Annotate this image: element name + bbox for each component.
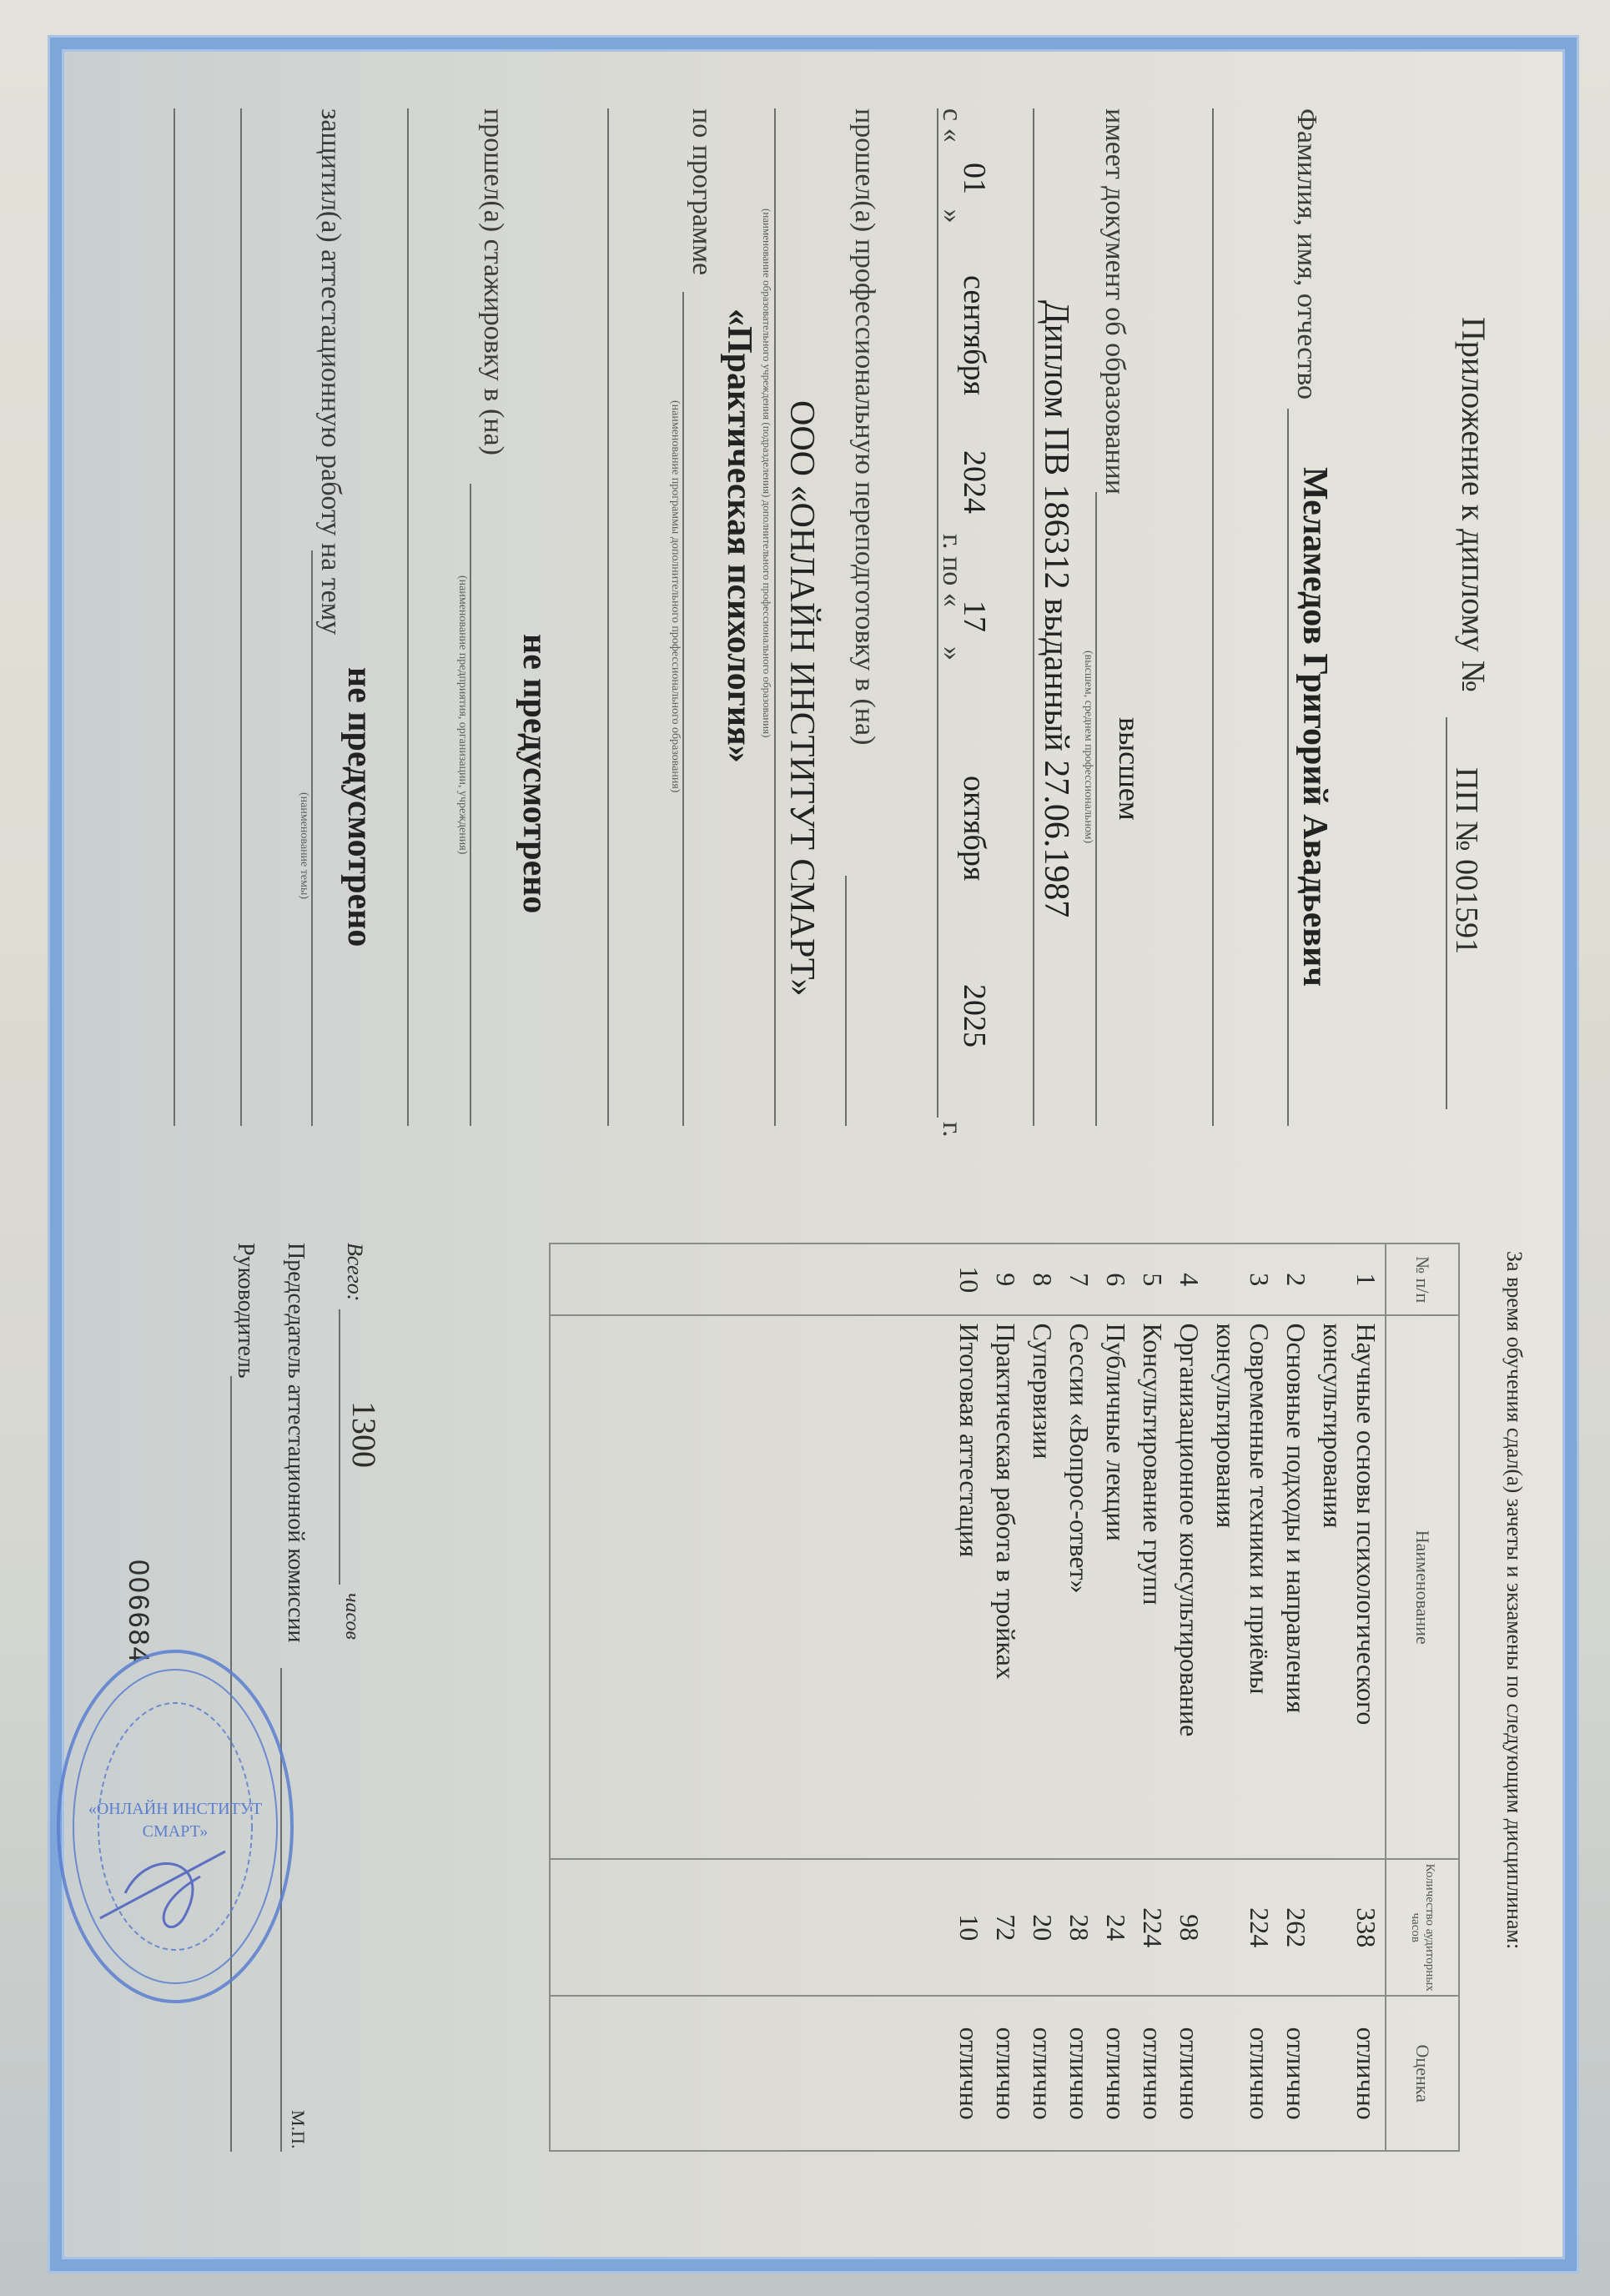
program-label: по программе: [686, 108, 717, 275]
discipline-name: Современные техники и приёмы консультиро…: [1208, 1315, 1278, 1859]
discipline-grade: отлично: [1208, 1996, 1278, 2151]
diploma-number-line: [1446, 717, 1447, 1109]
from-prefix: с «: [937, 108, 968, 143]
from-month: сентября: [956, 275, 993, 395]
row-number: 1: [1315, 1243, 1386, 1315]
official-stamp: «ОНЛАЙН ИНСТИТУТ СМАРТ»: [50, 1643, 300, 2010]
header-hours: Количество аудиторных часов: [1386, 1859, 1459, 1996]
blank-line: [607, 108, 609, 1126]
discipline-hours: 20: [1024, 1859, 1061, 1996]
from-year: 2024: [956, 450, 993, 514]
discipline-hours: 28: [1061, 1859, 1098, 1996]
discipline-name: Основные подходы и направления: [1278, 1315, 1315, 1859]
thesis-value: не предусмотрено: [340, 667, 380, 947]
discipline-name: Публичные лекции: [1098, 1315, 1135, 1859]
thesis-caption: (наименование темы): [297, 792, 310, 899]
internship-label: прошел(а) стажировку в (на): [477, 108, 509, 455]
from-day: 01: [956, 163, 993, 194]
discipline-grade: отлично: [1315, 1996, 1386, 2151]
discipline-grade: отлично: [1061, 1996, 1098, 2151]
discipline-name: Итоговая аттестация: [550, 1315, 988, 1859]
to-prefix: г. по «: [936, 534, 968, 607]
internship-line: [470, 484, 471, 1126]
grade-row: 8Супервизии20отлично: [1024, 1243, 1061, 2151]
grade-row: 7Сессии «Вопрос-ответ»28отлично: [1061, 1243, 1098, 2151]
head-label: Руководитель: [232, 1243, 259, 1379]
row-number: 2: [1278, 1243, 1315, 1315]
discipline-name: Консультирование групп: [1135, 1315, 1171, 1859]
period-line: [937, 108, 938, 1118]
discipline-hours: 98: [1171, 1859, 1208, 1996]
appendix-title-label: Приложение к диплому №: [1455, 317, 1492, 692]
header-no: № п/п: [1386, 1243, 1459, 1315]
grades-header-row: № п/п Наименование Количество аудиторных…: [1386, 1243, 1459, 2151]
discipline-hours: 224: [1135, 1859, 1171, 1996]
from-suffix: »: [937, 209, 968, 224]
grade-row: 3Современные техники и приёмы консультир…: [1208, 1243, 1278, 2151]
stamp-center-line2: СМАРТ»: [143, 1822, 209, 1841]
fio-line: [1287, 409, 1289, 1126]
institution-caption: (наименование образовательного учреждени…: [760, 208, 773, 737]
row-number: 10: [550, 1243, 988, 1315]
education-level-line: [1095, 492, 1097, 1126]
discipline-grade: отлично: [1135, 1996, 1171, 2151]
program-name: «Практическая психология»: [719, 309, 759, 763]
total-value: 1300: [345, 1401, 384, 1468]
total-label: Всего:: [342, 1243, 367, 1301]
seal-label: М.П.: [287, 2110, 309, 2148]
education-document: Диплом ПВ 186312 выданный 27.06.1987: [1036, 300, 1076, 917]
discipline-hours: 10: [550, 1859, 988, 1996]
header-name: Наименование: [1386, 1315, 1459, 1859]
to-month: октября: [956, 776, 993, 881]
grade-row: 10Итоговая аттестация10отлично: [550, 1243, 988, 2151]
row-number: 8: [1024, 1243, 1061, 1315]
education-label: имеет документ об образовании: [1099, 108, 1130, 495]
document-sheet: Приложение к диплому № ПП № 001591 Фамил…: [0, 0, 1610, 2296]
to-suffix: »: [936, 646, 968, 661]
row-number: 3: [1208, 1243, 1278, 1315]
discipline-hours: 72: [988, 1859, 1024, 1996]
row-number: 7: [1061, 1243, 1098, 1315]
internship-caption: (наименование предприятия, организации, …: [455, 575, 469, 854]
grade-row: 9Практическая работа в тройках72отлично: [988, 1243, 1024, 2151]
header-grade: Оценка: [1386, 1996, 1459, 2151]
program-line: [682, 292, 684, 1126]
institution-line: [774, 108, 776, 1126]
discipline-hours: 262: [1278, 1859, 1315, 1996]
grade-row: 5Консультирование групп224отлично: [1135, 1243, 1171, 2151]
chairman-label: Председатель аттестационной комиссии: [282, 1243, 309, 1643]
discipline-name: Практическая работа в тройках: [988, 1315, 1024, 1859]
row-number: 5: [1135, 1243, 1171, 1315]
discipline-grade: отлично: [988, 1996, 1024, 2151]
program-caption: (наименование программы дополнительного …: [668, 400, 682, 792]
education-document-line: [1033, 108, 1034, 1126]
retraining-label: прошел(а) профессиональную переподготовк…: [848, 108, 880, 745]
discipline-name: Научные основы психологического консульт…: [1315, 1315, 1386, 1859]
discipline-grade: отлично: [1278, 1996, 1315, 2151]
grades-table: № п/п Наименование Количество аудиторных…: [549, 1243, 1460, 2152]
diploma-number: ПП № 001591: [1448, 767, 1485, 954]
fio-value: Меламедов Григорий Авадьевич: [1295, 467, 1335, 987]
retraining-line: [845, 876, 847, 1126]
total-line: [339, 1309, 340, 1585]
fio-label: Фамилия, имя, отчество: [1291, 108, 1322, 399]
thesis-label: защитил(а) аттестационную работу на тему: [314, 108, 346, 635]
discipline-grade: отлично: [550, 1996, 988, 2151]
internship-value: не предусмотрено: [515, 634, 555, 913]
row-number: 9: [988, 1243, 1024, 1315]
education-level-caption: (высшем, среднем профессиональном): [1081, 651, 1094, 843]
blank-line: [240, 108, 242, 1126]
education-level: высшем: [1112, 717, 1147, 821]
discipline-grade: отлично: [1171, 1996, 1208, 2151]
grade-row: 1Научные основы психологического консуль…: [1315, 1243, 1386, 2151]
row-number: 4: [1171, 1243, 1208, 1315]
stamp-center-line1: «ОНЛАЙН ИНСТИТУТ: [88, 1799, 262, 1818]
grades-intro: За время обучения сдал(а) зачеты и экзам…: [1502, 1251, 1527, 1949]
discipline-grade: отлично: [1024, 1996, 1061, 2151]
institution-name: ООО «ОНЛАЙН ИНСТИТУТ СМАРТ»: [782, 400, 822, 996]
year-suffix: г.: [936, 1122, 968, 1138]
blank-line: [1212, 108, 1214, 1126]
blank-line: [174, 108, 175, 1126]
blank-line: [407, 108, 409, 1126]
grade-row: 2Основные подходы и направления262отличн…: [1278, 1243, 1315, 2151]
discipline-hours: 24: [1098, 1859, 1135, 1996]
discipline-name: Сессии «Вопрос-ответ»: [1061, 1315, 1098, 1859]
discipline-name: Супервизии: [1024, 1315, 1061, 1859]
to-year: 2025: [956, 984, 993, 1048]
appendix-title: Приложение к диплому №: [1454, 317, 1493, 692]
discipline-name: Организационное консультирование: [1171, 1315, 1208, 1859]
grade-row: 6Публичные лекции24отлично: [1098, 1243, 1135, 2151]
to-day: 17: [956, 600, 993, 632]
grade-row: 4Организационное консультирование98отлич…: [1171, 1243, 1208, 2151]
row-number: 6: [1098, 1243, 1135, 1315]
discipline-hours: 224: [1208, 1859, 1278, 1996]
discipline-grade: отлично: [1098, 1996, 1135, 2151]
thesis-line: [311, 550, 313, 1126]
discipline-hours: 338: [1315, 1859, 1386, 1996]
total-unit: часов: [340, 1593, 363, 1640]
